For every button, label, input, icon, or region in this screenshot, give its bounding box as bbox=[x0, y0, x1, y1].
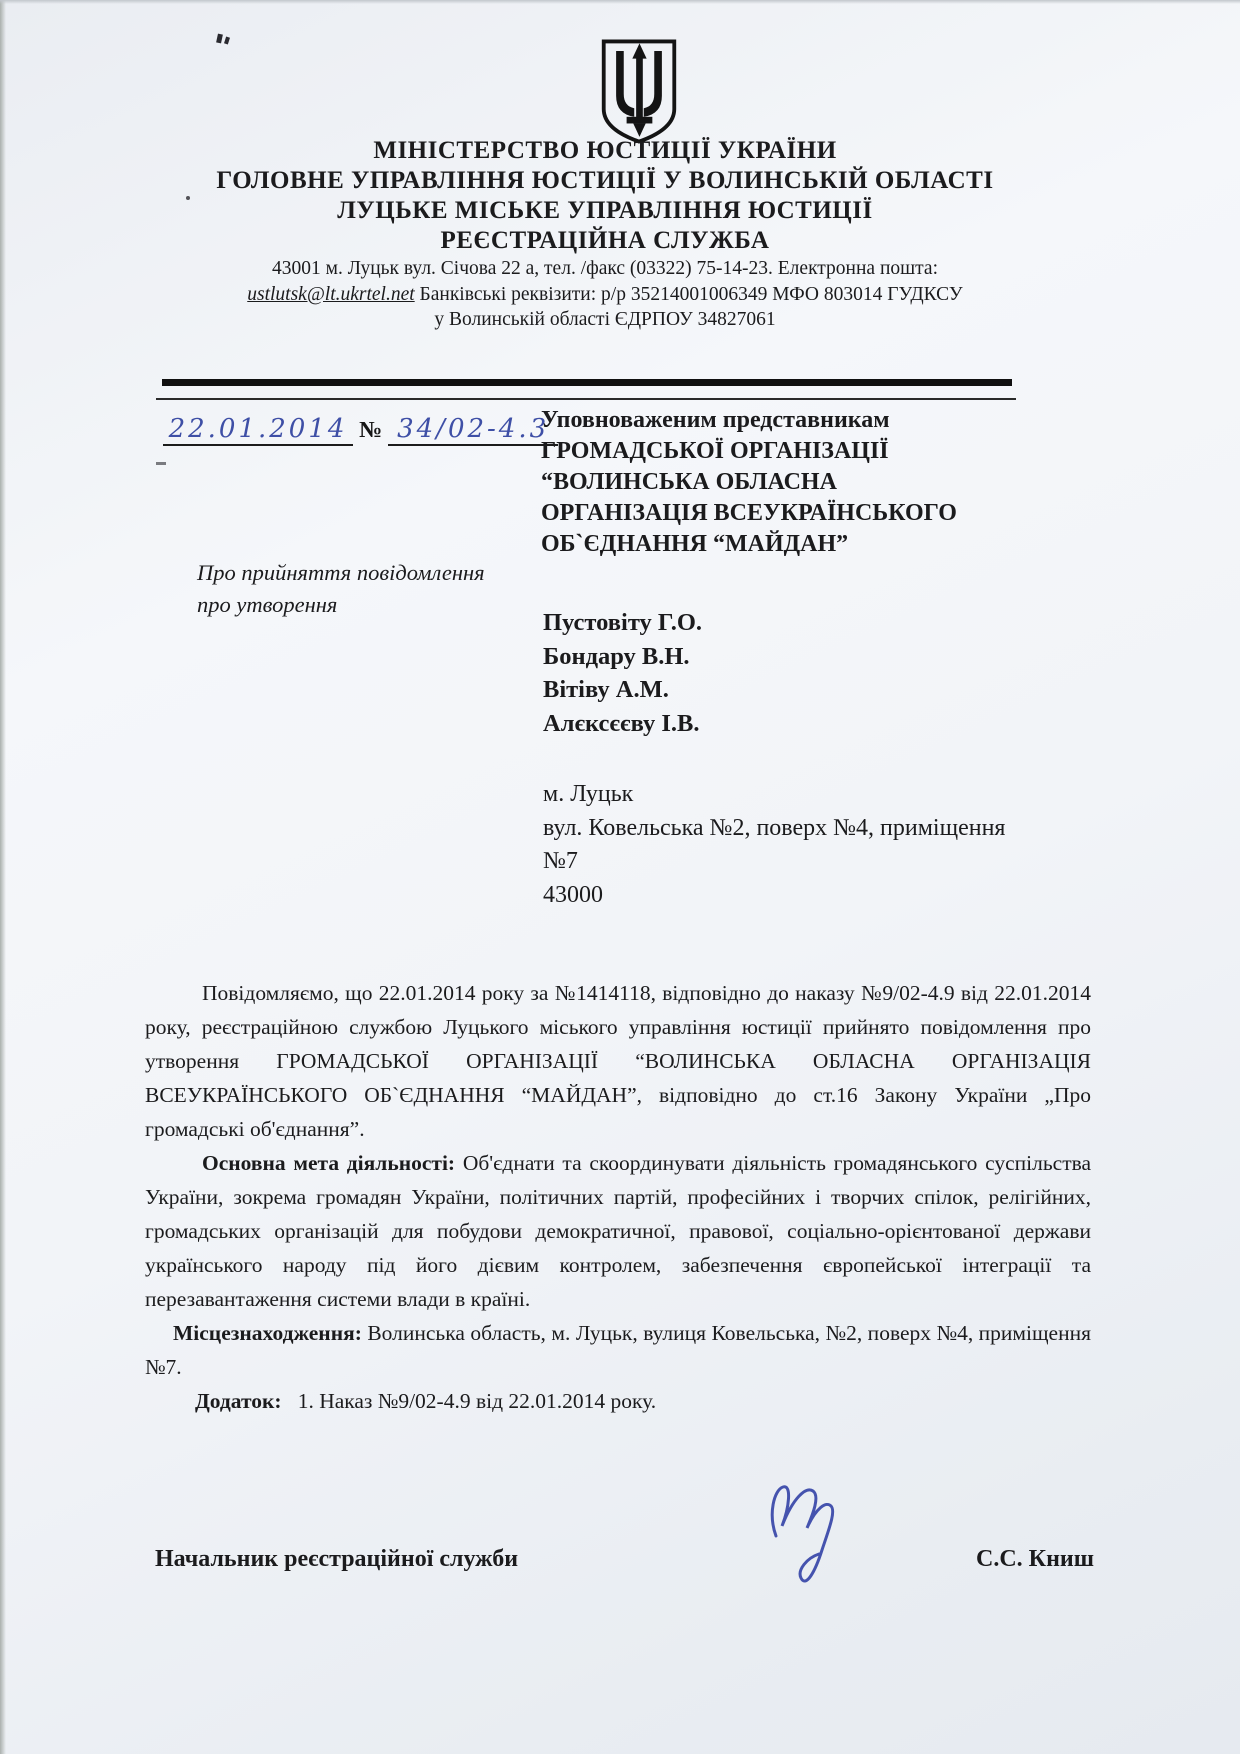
recipient-line: ОРГАНІЗАЦІЯ ВСЕУКРАЇНСЬКОГО bbox=[541, 498, 1051, 529]
address-line: вул. Ковельська №2, поверх №4, приміщенн… bbox=[543, 812, 1005, 846]
main-goal-text: Об'єднати та скоординувати діяльність гр… bbox=[145, 1151, 1091, 1311]
scan-edge bbox=[0, 0, 1240, 4]
paragraph-notification: Повідомляємо, що 22.01.2014 року за №141… bbox=[145, 976, 1091, 1146]
handwritten-date: 22.01.2014 bbox=[169, 414, 348, 444]
handwritten-number: 34/02-4.3 bbox=[397, 414, 549, 444]
paragraph-main-goal: Основна мета діяльності: Об'єднати та ск… bbox=[145, 1146, 1091, 1316]
paragraph-location: Місцезнаходження: Волинська область, м. … bbox=[145, 1316, 1091, 1384]
letterhead: МІНІСТЕРСТВО ЮСТИЦІЇ УКРАЇНИ ГОЛОВНЕ УПР… bbox=[140, 136, 1070, 333]
date-field: 22.01.2014 bbox=[163, 414, 353, 446]
ink-mark bbox=[216, 34, 223, 44]
number-sign: № bbox=[359, 417, 382, 442]
address-line: м. Луцьк bbox=[543, 778, 1005, 812]
addressee-name: Алєксєєву І.В. bbox=[543, 707, 702, 741]
attachment-text: 1. Наказ №9/02-4.9 від 22.01.2014 року. bbox=[298, 1389, 656, 1413]
number-field: 34/02-4.3 bbox=[388, 414, 558, 446]
scanned-letter-page: МІНІСТЕРСТВО ЮСТИЦІЇ УКРАЇНИ ГОЛОВНЕ УПР… bbox=[0, 0, 1240, 1754]
recipient-line: ГРОМАДСЬКОЇ ОРГАНІЗАЦІЇ bbox=[541, 436, 1051, 467]
subject-line: про утворення bbox=[197, 589, 485, 621]
address-line: 43000 bbox=[543, 879, 1005, 913]
contact-line-2: ustlutsk@lt.ukrtel.net Банківські реквіз… bbox=[140, 282, 1070, 308]
signer-name: С.С. Книш bbox=[976, 1546, 1094, 1573]
subject-block: Про прийняття повідомлення про утворення bbox=[197, 557, 485, 621]
ink-mark bbox=[156, 462, 166, 465]
registration-service-title: РЕЄСТРАЦІЙНА СЛУЖБА bbox=[140, 226, 1070, 256]
subject-line: Про прийняття повідомлення bbox=[197, 557, 485, 589]
main-goal-label: Основна мета діяльності: bbox=[202, 1151, 455, 1175]
reference-row: 22.01.2014№34/02-4.3 bbox=[163, 414, 558, 446]
recipient-line: Уповноваженим представникам bbox=[541, 405, 1051, 436]
letter-body: Повідомляємо, що 22.01.2014 року за №141… bbox=[145, 976, 1091, 1418]
divider-thick bbox=[162, 379, 1012, 386]
addressee-name: Бондару В.Н. bbox=[543, 640, 702, 674]
attachment-label: Додаток: bbox=[195, 1389, 282, 1413]
city-department-title: ЛУЦЬКЕ МІСЬКЕ УПРАВЛІННЯ ЮСТИЦІЇ bbox=[140, 196, 1070, 226]
ukraine-trident-emblem bbox=[598, 36, 680, 148]
paragraph-attachment: Додаток: 1. Наказ №9/02-4.9 від 22.01.20… bbox=[145, 1384, 1091, 1418]
bank-details: Банківські реквізити: р/р 35214001006349… bbox=[415, 284, 963, 305]
addressee-name: Вітіву А.М. bbox=[543, 673, 702, 707]
ink-mark bbox=[224, 37, 230, 45]
signer-position: Начальник реєстраційної служби bbox=[155, 1546, 518, 1573]
main-department-title: ГОЛОВНЕ УПРАВЛІННЯ ЮСТИЦІЇ У ВОЛИНСЬКІЙ … bbox=[140, 166, 1070, 196]
divider-thin bbox=[156, 398, 1016, 400]
addressee-address: м. Луцьк вул. Ковельська №2, поверх №4, … bbox=[543, 778, 1005, 912]
contact-line-1: 43001 м. Луцьк вул. Січова 22 а, тел. /ф… bbox=[140, 256, 1070, 282]
recipient-line: ОБ`ЄДНАННЯ “МАЙДАН” bbox=[541, 529, 1051, 560]
ministry-title: МІНІСТЕРСТВО ЮСТИЦІЇ УКРАЇНИ bbox=[140, 136, 1070, 166]
recipient-block: Уповноваженим представникам ГРОМАДСЬКОЇ … bbox=[541, 405, 1051, 560]
recipient-line: “ВОЛИНСЬКА ОБЛАСНА bbox=[541, 467, 1051, 498]
handwritten-signature bbox=[758, 1474, 868, 1624]
email-address: ustlutsk@lt.ukrtel.net bbox=[247, 284, 414, 305]
contact-line-3: у Волинській області ЄДРПОУ 34827061 bbox=[140, 307, 1070, 333]
addressee-name: Пустовіту Г.О. bbox=[543, 606, 702, 640]
addressee-names: Пустовіту Г.О. Бондару В.Н. Вітіву А.М. … bbox=[543, 606, 702, 740]
address-line: №7 bbox=[543, 845, 1005, 879]
location-label: Місцезнаходження: bbox=[173, 1321, 362, 1345]
scan-edge bbox=[0, 0, 6, 1754]
